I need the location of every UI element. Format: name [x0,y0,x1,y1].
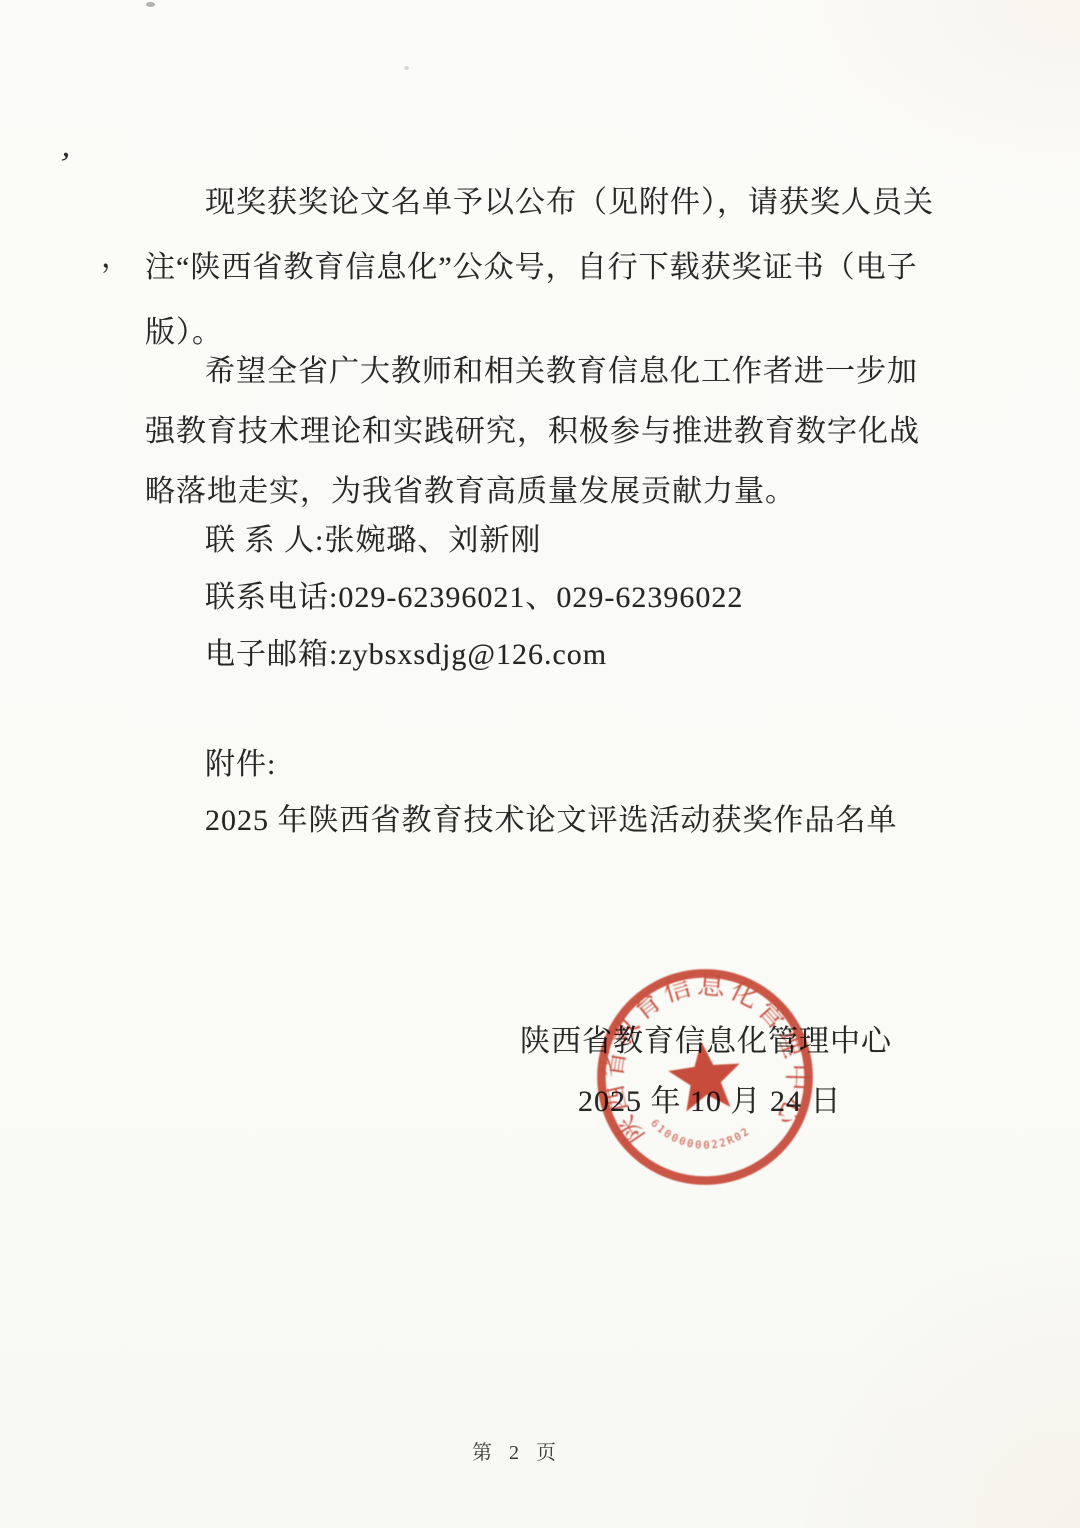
contact-person-line: 联 系 人:张婉璐、刘新刚 [145,512,935,569]
contact-block: 联 系 人:张婉璐、刘新刚 联系电话:029-62396021、029-6239… [145,512,935,683]
attachment-title: 2025 年陕西省教育技术论文评选活动获奖作品名单 [145,793,935,849]
document-page: ’ ， 现奖获奖论文名单予以公布（见附件），请获奖人员关 注“陕西省教育信息化”… [0,0,1080,1528]
paragraph-award-announcement: 现奖获奖论文名单予以公布（见附件），请获奖人员关 注“陕西省教育信息化”公众号，… [145,170,935,365]
page-footer: 第 2 页 [0,1436,1034,1465]
scan-speck [146,2,155,7]
body-line: 强教育技术理论和实践研究，积极参与推进教育数字化战 [145,402,935,462]
official-seal: 陕西省教育信息化管理中心 6100000022R02 [581,953,829,1201]
body-line: 现奖获奖论文名单予以公布（见附件），请获奖人员关 [145,170,935,235]
contact-phone-line: 联系电话:029-62396021、029-62396022 [145,569,935,626]
seal-serial-container: 6100000022R02 [648,1108,755,1158]
stray-mark-apostrophe: ’ [54,145,73,185]
body-line: 注“陕西省教育信息化”公众号，自行下载获奖证书（电子 [145,235,935,300]
stray-mark-comma: ， [101,232,131,276]
attachment-block: 附件: 2025 年陕西省教育技术论文评选活动获奖作品名单 [145,737,935,849]
seal-star-icon [666,1038,744,1113]
seal-serial: 6100000022R02 [648,1108,755,1158]
body-line: 希望全省广大教师和相关教育信息化工作者进一步加 [145,342,935,402]
contact-email-line: 电子邮箱:zybsxsdjg@126.com [145,626,935,683]
scan-speck [404,66,409,70]
attachment-label: 附件: [145,737,935,793]
paragraph-encouragement: 希望全省广大教师和相关教育信息化工作者进一步加 强教育技术理论和实践研究，积极参… [145,342,935,522]
